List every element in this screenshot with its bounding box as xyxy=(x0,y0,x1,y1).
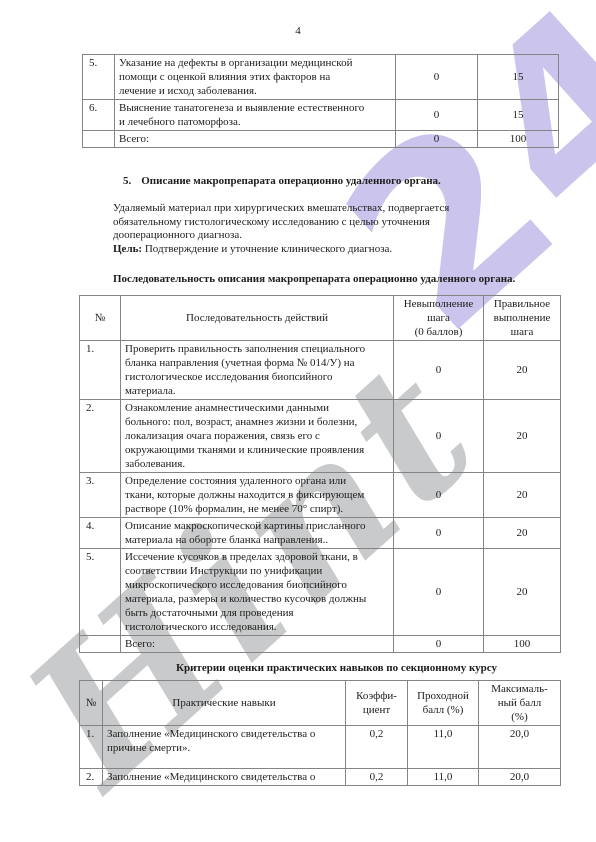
section-heading: 5.Описание макропрепарата операционно уд… xyxy=(123,174,596,188)
text-line: заболевания. xyxy=(125,457,389,471)
row-number: 5. xyxy=(83,55,115,100)
fail-value: 0 xyxy=(396,55,478,100)
header-row: № Последовательность действий Невыполнен… xyxy=(80,296,561,341)
header-line: Коэффи- xyxy=(350,689,403,703)
table-row: 1. Проверить правильность заполнения спе… xyxy=(80,341,561,400)
header-line: Максималь- xyxy=(483,682,556,696)
header-line: Правильное xyxy=(488,297,556,311)
header-line: Проходной xyxy=(412,689,474,703)
col-header-action: Последовательность действий xyxy=(121,296,394,341)
header-line: выполнение xyxy=(488,311,556,325)
text-line: помощи с оценкой влияния этих факторов н… xyxy=(119,70,391,84)
table-row: 5. Указание на дефекты в организации мед… xyxy=(83,55,559,100)
header-line: шага xyxy=(488,325,556,339)
text-line: лечение и исход заболевания. xyxy=(119,84,391,98)
fail-value: 0 xyxy=(396,100,478,131)
total-fail: 0 xyxy=(394,636,484,653)
text-line: быть достаточными для проведения xyxy=(125,606,389,620)
text-line: Проверить правильность заполнения специа… xyxy=(125,342,389,356)
row-text: Проверить правильность заполнения специа… xyxy=(121,341,394,400)
max-value: 20,0 xyxy=(479,769,561,786)
paragraph-line: Удаляемый материал при хирургических вме… xyxy=(113,202,513,216)
text-line: материала на обороте бланка направления.… xyxy=(125,533,389,547)
criteria-table: № Практические навыки Коэффи- циент Прох… xyxy=(79,680,561,786)
col-header-passing: Проходной балл (%) xyxy=(408,681,479,726)
total-fail: 0 xyxy=(396,131,478,148)
section-number: 5. xyxy=(123,175,131,187)
row-number: 5. xyxy=(80,549,121,636)
fail-value: 0 xyxy=(394,400,484,473)
header-line: циент xyxy=(350,703,403,717)
text-line: Заполнение «Медицинского свидетельства о xyxy=(107,727,341,741)
text-line: Описание макроскопической картины присла… xyxy=(125,519,389,533)
row-text: Указание на дефекты в организации медици… xyxy=(115,55,396,100)
score-value: 20 xyxy=(484,549,561,636)
goal-label: Цель: xyxy=(113,243,142,255)
table-row: 6. Выяснение танатогенеза и выявление ес… xyxy=(83,100,559,131)
text-line: Заполнение «Медицинского свидетельства о xyxy=(107,770,341,784)
row-number: 1. xyxy=(80,726,103,769)
col-header-fail: Невыполнение шага (0 баллов) xyxy=(394,296,484,341)
col-header-skills: Практические навыки xyxy=(103,681,346,726)
goal-line: Цель: Подтверждение и уточнение клиничес… xyxy=(113,243,596,257)
coeff-value: 0,2 xyxy=(346,726,408,769)
text-line: микроскопического исследования биопсийно… xyxy=(125,578,389,592)
empty-cell xyxy=(83,131,115,148)
header-line: Невыполнение xyxy=(398,297,479,311)
coeff-value: 0,2 xyxy=(346,769,408,786)
defects-table: 5. Указание на дефекты в организации мед… xyxy=(82,54,559,148)
header-line: (0 баллов) xyxy=(398,325,479,339)
text-line: бланка направления (учетная форма № 014/… xyxy=(125,356,389,370)
row-text: Иссечение кусочков в пределах здоровой т… xyxy=(121,549,394,636)
text-line: причине смерти». xyxy=(107,741,341,755)
row-number: 2. xyxy=(80,769,103,786)
text-line: больного: пол, возраст, анамнез жизни и … xyxy=(125,415,389,429)
criteria-heading: Критерии оценки практических навыков по … xyxy=(113,661,560,675)
col-header-coeff: Коэффи- циент xyxy=(346,681,408,726)
fail-value: 0 xyxy=(394,341,484,400)
table-row: 2. Ознакомление анамнестическими данными… xyxy=(80,400,561,473)
row-number: 1. xyxy=(80,341,121,400)
row-number: 6. xyxy=(83,100,115,131)
text-line: растворе (10% формалин, не менее 70° спи… xyxy=(125,502,389,516)
score-value: 20 xyxy=(484,341,561,400)
section-title: Описание макропрепарата операционно удал… xyxy=(141,175,441,187)
col-header-correct: Правильное выполнение шага xyxy=(484,296,561,341)
row-number: 2. xyxy=(80,400,121,473)
document-page: Hint 24 4 5. Указание на дефекты в орган… xyxy=(0,0,596,842)
col-header-max: Максималь- ный балл (%) xyxy=(479,681,561,726)
table-row: 1. Заполнение «Медицинского свидетельств… xyxy=(80,726,561,769)
text-line: материала, размеры и количество кусочков… xyxy=(125,592,389,606)
fail-value: 0 xyxy=(394,549,484,636)
text-line: локализация очага поражения, связь его с xyxy=(125,429,389,443)
total-label: Всего: xyxy=(115,131,396,148)
page-number: 4 xyxy=(0,24,596,38)
passing-value: 11,0 xyxy=(408,769,479,786)
text-line: Иссечение кусочков в пределах здоровой т… xyxy=(125,550,389,564)
fail-value: 0 xyxy=(394,473,484,518)
table-row: 2. Заполнение «Медицинского свидетельств… xyxy=(80,769,561,786)
total-score: 100 xyxy=(484,636,561,653)
sequence-table: № Последовательность действий Невыполнен… xyxy=(79,295,561,653)
empty-cell xyxy=(80,636,121,653)
total-score: 100 xyxy=(478,131,559,148)
total-row: Всего: 0 100 xyxy=(83,131,559,148)
score-value: 20 xyxy=(484,518,561,549)
row-text: Определение состояния удаленного органа … xyxy=(121,473,394,518)
text-line: Определение состояния удаленного органа … xyxy=(125,474,389,488)
row-text: Описание макроскопической картины присла… xyxy=(121,518,394,549)
score-value: 15 xyxy=(478,55,559,100)
row-text: Заполнение «Медицинского свидетельства о… xyxy=(103,726,346,769)
fail-value: 0 xyxy=(394,518,484,549)
paragraph-line: дооперационного диагноза. xyxy=(113,229,513,243)
score-value: 20 xyxy=(484,400,561,473)
header-row: № Практические навыки Коэффи- циент Прох… xyxy=(80,681,561,726)
table-row: 5. Иссечение кусочков в пределах здорово… xyxy=(80,549,561,636)
passing-value: 11,0 xyxy=(408,726,479,769)
row-number: 3. xyxy=(80,473,121,518)
text-line: материала. xyxy=(125,384,389,398)
col-header-num: № xyxy=(80,681,103,726)
score-value: 15 xyxy=(478,100,559,131)
text-line: Ознакомление анамнестическими данными xyxy=(125,401,389,415)
text-line: и лечебного патоморфоза. xyxy=(119,115,391,129)
row-text: Ознакомление анамнестическими данными бо… xyxy=(121,400,394,473)
row-text: Выяснение танатогенеза и выявление естес… xyxy=(115,100,396,131)
text-line: гистологическое исследования биопсийного xyxy=(125,370,389,384)
page-content: 4 5. Указание на дефекты в организации м… xyxy=(0,0,596,786)
text-line: соответствии Инструкции по унификации xyxy=(125,564,389,578)
text-line: окружающими тканями и клинические проявл… xyxy=(125,443,389,457)
total-row: Всего: 0 100 xyxy=(80,636,561,653)
header-line: балл (%) xyxy=(412,703,474,717)
total-label: Всего: xyxy=(121,636,394,653)
sequence-table-title: Последовательность описания макропрепара… xyxy=(113,272,596,286)
score-value: 20 xyxy=(484,473,561,518)
paragraph-line: обязательному гистологическому исследова… xyxy=(113,216,513,230)
row-text: Заполнение «Медицинского свидетельства о xyxy=(103,769,346,786)
max-value: 20,0 xyxy=(479,726,561,769)
section-paragraph: Удаляемый материал при хирургических вме… xyxy=(113,202,513,243)
header-line: (%) xyxy=(483,710,556,724)
table-row: 4. Описание макроскопической картины при… xyxy=(80,518,561,549)
table-row: 3. Определение состояния удаленного орга… xyxy=(80,473,561,518)
text-line: Указание на дефекты в организации медици… xyxy=(119,56,391,70)
text-line: гистологического исследования. xyxy=(125,620,389,634)
text-line: ткани, которые должны находится в фиксир… xyxy=(125,488,389,502)
text-line: Выяснение танатогенеза и выявление естес… xyxy=(119,101,391,115)
row-number: 4. xyxy=(80,518,121,549)
col-header-num: № xyxy=(80,296,121,341)
header-line: шага xyxy=(398,311,479,325)
header-line: ный балл xyxy=(483,696,556,710)
goal-text: Подтверждение и уточнение клинического д… xyxy=(145,243,392,255)
